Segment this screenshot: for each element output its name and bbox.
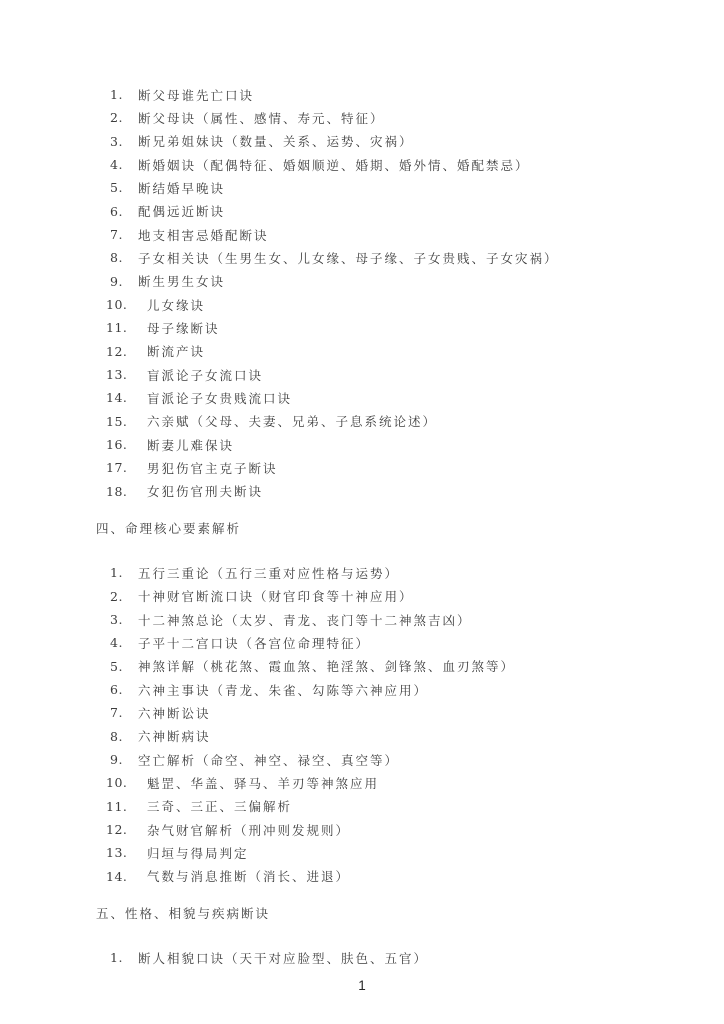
list-item-text: 断生男生女诀 bbox=[138, 272, 225, 290]
list-item: 9.断生男生女诀 bbox=[0, 270, 724, 293]
list-item: 11.母子缘断诀 bbox=[0, 316, 724, 339]
list-item-number: 6. bbox=[110, 682, 138, 697]
section-heading-four: 四、命理核心要素解析 bbox=[0, 517, 724, 540]
list-item-number: 17. bbox=[106, 460, 147, 475]
list-item-number: 9. bbox=[110, 752, 138, 767]
list-item-text: 盲派论子女贵贱流口诀 bbox=[147, 389, 292, 407]
list-item-number: 7. bbox=[110, 705, 138, 720]
list-item-number: 8. bbox=[110, 250, 138, 265]
list-item-text: 三奇、三正、三偏解析 bbox=[147, 797, 292, 815]
list-item: 3.十二神煞总论（太岁、青龙、丧门等十二神煞吉凶） bbox=[0, 608, 724, 631]
list-item: 3.断兄弟姐妹诀（数量、关系、运势、灾祸） bbox=[0, 130, 724, 153]
list-item-text: 地支相害忌婚配断诀 bbox=[138, 226, 269, 244]
list-item-text: 归垣与得局判定 bbox=[147, 844, 249, 862]
list-item-number: 1. bbox=[110, 87, 138, 102]
list-item-number: 11. bbox=[106, 320, 147, 335]
list-item-text: 六神断讼诀 bbox=[138, 704, 211, 722]
list-item-text: 母子缘断诀 bbox=[147, 319, 220, 337]
list-item: 1.五行三重论（五行三重对应性格与运势） bbox=[0, 561, 724, 584]
list-item-text: 女犯伤官刑夫断诀 bbox=[147, 482, 263, 500]
list-item-text: 断父母诀（属性、感情、寿元、特征） bbox=[138, 109, 385, 127]
list-item: 13.盲派论子女流口诀 bbox=[0, 363, 724, 386]
list-item-number: 10. bbox=[106, 775, 147, 790]
list-item-number: 6. bbox=[110, 204, 138, 219]
list-item-number: 12. bbox=[106, 822, 147, 837]
list-item-number: 4. bbox=[110, 635, 138, 650]
document-page: 1.断父母谁先亡口诀2.断父母诀（属性、感情、寿元、特征）3.断兄弟姐妹诀（数量… bbox=[0, 0, 724, 1024]
list-item: 1.断父母谁先亡口诀 bbox=[0, 83, 724, 106]
list-item-text: 断兄弟姐妹诀（数量、关系、运势、灾祸） bbox=[138, 132, 414, 150]
list-item: 18.女犯伤官刑夫断诀 bbox=[0, 480, 724, 503]
list-item-number: 9. bbox=[110, 274, 138, 289]
list-item-text: 盲派论子女流口诀 bbox=[147, 366, 263, 384]
list-item-text: 十二神煞总论（太岁、青龙、丧门等十二神煞吉凶） bbox=[138, 611, 472, 629]
list-item-text: 六神断病诀 bbox=[138, 727, 211, 745]
list-item: 7.地支相害忌婚配断诀 bbox=[0, 223, 724, 246]
list-item: 4.断婚姻诀（配偶特征、婚姻顺逆、婚期、婚外情、婚配禁忌） bbox=[0, 153, 724, 176]
list-item: 2.十神财官断流口诀（财官印食等十神应用） bbox=[0, 585, 724, 608]
list-item-text: 十神财官断流口诀（财官印食等十神应用） bbox=[138, 587, 414, 605]
list-item-number: 4. bbox=[110, 157, 138, 172]
list-item-number: 11. bbox=[106, 799, 147, 814]
list-item-number: 1. bbox=[110, 565, 138, 580]
list-item-text: 男犯伤官主克子断诀 bbox=[147, 459, 278, 477]
list-item: 15.六亲赋（父母、夫妻、兄弟、子息系统论述） bbox=[0, 410, 724, 433]
list-item: 7.六神断讼诀 bbox=[0, 701, 724, 724]
list-item-text: 断婚姻诀（配偶特征、婚姻顺逆、婚期、婚外情、婚配禁忌） bbox=[138, 156, 530, 174]
list-item-text: 空亡解析（命空、神空、禄空、真空等） bbox=[138, 751, 399, 769]
list-item: 11.三奇、三正、三偏解析 bbox=[0, 795, 724, 818]
list-item-text: 五行三重论（五行三重对应性格与运势） bbox=[138, 564, 399, 582]
list-item: 9.空亡解析（命空、神空、禄空、真空等） bbox=[0, 748, 724, 771]
list-item-text: 配偶远近断诀 bbox=[138, 202, 225, 220]
list-item: 5.神煞详解（桃花煞、霞血煞、艳淫煞、剑锋煞、血刃煞等） bbox=[0, 655, 724, 678]
list-item-text: 断父母谁先亡口诀 bbox=[138, 86, 254, 104]
list-item-number: 16. bbox=[106, 437, 147, 452]
list-item-text: 六亲赋（父母、夫妻、兄弟、子息系统论述） bbox=[147, 412, 437, 430]
list-item-number: 18. bbox=[106, 484, 147, 499]
list-item-number: 13. bbox=[106, 845, 147, 860]
section-heading-five: 五、性格、相貌与疾病断诀 bbox=[0, 902, 724, 925]
list-item-text: 神煞详解（桃花煞、霞血煞、艳淫煞、剑锋煞、血刃煞等） bbox=[138, 657, 515, 675]
list-item-number: 2. bbox=[110, 589, 138, 604]
list-item: 12.杂气财官解析（刑冲则发规则） bbox=[0, 818, 724, 841]
list-core-elements: 1.五行三重论（五行三重对应性格与运势）2.十神财官断流口诀（财官印食等十神应用… bbox=[0, 561, 724, 888]
list-item-number: 5. bbox=[110, 659, 138, 674]
list-item: 6.配偶远近断诀 bbox=[0, 200, 724, 223]
list-item: 1.断人相貌口诀（天干对应脸型、肤色、五官） bbox=[0, 946, 724, 969]
page-number: 1 bbox=[0, 974, 724, 997]
list-item: 14.盲派论子女贵贱流口诀 bbox=[0, 386, 724, 409]
list-item-text: 魁罡、华盖、驿马、羊刃等神煞应用 bbox=[147, 774, 379, 792]
list-item: 17.男犯伤官主克子断诀 bbox=[0, 456, 724, 479]
list-item-text: 断流产诀 bbox=[147, 342, 205, 360]
list-appearance: 1.断人相貌口诀（天干对应脸型、肤色、五官） bbox=[0, 946, 724, 969]
list-item: 6.六神主事诀（青龙、朱雀、勾陈等六神应用） bbox=[0, 678, 724, 701]
list-item: 16.断妻儿难保诀 bbox=[0, 433, 724, 456]
list-item-text: 气数与消息推断（消长、进退） bbox=[147, 867, 350, 885]
list-item: 10.儿女缘诀 bbox=[0, 293, 724, 316]
list-item: 10.魁罡、华盖、驿马、羊刃等神煞应用 bbox=[0, 771, 724, 794]
list-item: 8.六神断病诀 bbox=[0, 725, 724, 748]
list-item-number: 13. bbox=[106, 367, 147, 382]
list-item: 2.断父母诀（属性、感情、寿元、特征） bbox=[0, 106, 724, 129]
list-item-text: 六神主事诀（青龙、朱雀、勾陈等六神应用） bbox=[138, 681, 428, 699]
list-item-number: 12. bbox=[106, 344, 147, 359]
list-item-number: 5. bbox=[110, 180, 138, 195]
list-item: 14.气数与消息推断（消长、进退） bbox=[0, 865, 724, 888]
list-item-number: 2. bbox=[110, 110, 138, 125]
list-item-number: 7. bbox=[110, 227, 138, 242]
list-item-number: 3. bbox=[110, 134, 138, 149]
list-item-number: 3. bbox=[110, 612, 138, 627]
list-item-text: 子女相关诀（生男生女、儿女缘、母子缘、子女贵贱、子女灾祸） bbox=[138, 249, 559, 267]
list-item-text: 断妻儿难保诀 bbox=[147, 436, 234, 454]
list-item: 4.子平十二宫口诀（各宫位命理特征） bbox=[0, 631, 724, 654]
list-item: 12.断流产诀 bbox=[0, 340, 724, 363]
list-six-relatives: 1.断父母谁先亡口诀2.断父母诀（属性、感情、寿元、特征）3.断兄弟姐妹诀（数量… bbox=[0, 83, 724, 503]
list-item-number: 14. bbox=[106, 390, 147, 405]
list-item-number: 1. bbox=[110, 950, 138, 965]
list-item-number: 10. bbox=[106, 297, 147, 312]
list-item-number: 15. bbox=[106, 414, 147, 429]
list-item-text: 儿女缘诀 bbox=[147, 296, 205, 314]
list-item-number: 8. bbox=[110, 729, 138, 744]
list-item-text: 断人相貌口诀（天干对应脸型、肤色、五官） bbox=[138, 949, 428, 967]
list-item: 13.归垣与得局判定 bbox=[0, 841, 724, 864]
list-item-number: 14. bbox=[106, 869, 147, 884]
list-item: 5.断结婚早晚诀 bbox=[0, 176, 724, 199]
list-item-text: 子平十二宫口诀（各宫位命理特征） bbox=[138, 634, 370, 652]
list-item-text: 断结婚早晚诀 bbox=[138, 179, 225, 197]
list-item-text: 杂气财官解析（刑冲则发规则） bbox=[147, 821, 350, 839]
list-item: 8.子女相关诀（生男生女、儿女缘、母子缘、子女贵贱、子女灾祸） bbox=[0, 246, 724, 269]
